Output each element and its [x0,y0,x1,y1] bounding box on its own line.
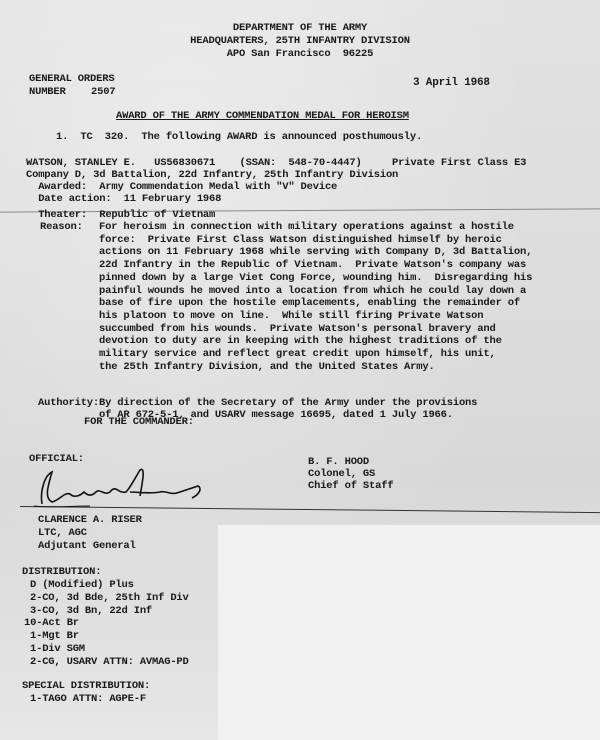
distribution-item: 10-Act Br [24,617,79,630]
reason-line: base of fire upon the hostile emplacemen… [99,297,520,310]
for-the-commander: FOR THE COMMANDER: [84,416,194,429]
date-action-field: Date action: 11 February 1968 [26,193,221,206]
reason-line: force: Private First Class Watson distin… [99,234,502,247]
intro-paragraph: 1. TC 320. The following AWARD is announ… [56,131,422,144]
distribution-item: 2-CG, USARV ATTN: AVMAG-PD [30,656,189,669]
signatory-rank: LTC, AGC [38,527,87,540]
distribution-label: DISTRIBUTION: [22,566,101,579]
reason-line: For heroism in connection with military … [99,221,514,234]
distribution-item: D (Modified) Plus [30,579,134,592]
reason-line: pinned down by a large Viet Cong Force, … [99,272,532,285]
reason-line: painful wounds he moved into a location … [99,285,526,298]
reason-line: 22d Infantry in the Republic of Vietnam.… [99,259,526,272]
signatory-name: CLARENCE A. RISER [38,514,142,527]
general-orders-label: GENERAL ORDERS [29,73,114,86]
reason-line: military service and reflect great credi… [99,348,496,361]
reason-line: devotion to duty are in keeping with the… [99,335,502,348]
reason-line: succumbed from his wounds. Private Watso… [99,323,496,336]
special-distribution-label: SPECIAL DISTRIBUTION: [22,680,150,693]
signatory-title: Adjutant General [38,540,136,553]
blank-area [218,525,600,740]
reason-line: the 25th Infantry Division, and the Unit… [99,361,435,374]
order-number: 2507 [91,86,115,99]
reason-line: actions on 11 February 1968 while servin… [99,246,532,259]
distribution-item: 1-Div SGM [30,643,85,656]
distribution-item: 1-Mgt Br [30,630,79,643]
award-title: AWARD OF THE ARMY COMMENDATION MEDAL FOR… [116,110,409,123]
handwritten-signature [30,462,210,512]
header-headquarters: HEADQUARTERS, 25TH INFANTRY DIVISION [0,35,600,48]
header-apo: APO San Francisco 96225 [0,48,600,61]
reason-line: his platoon to move on line. While still… [99,310,483,323]
order-date: 3 April 1968 [413,77,490,90]
commander-title: Chief of Staff [308,480,393,493]
distribution-item: 3-CO, 3d Bn, 22d Inf [30,605,152,618]
distribution-item: 2-CO, 3d Bde, 25th Inf Div [30,592,189,605]
special-distribution-item: 1-TAGO ATTN: AGPE-F [30,693,146,706]
header-department: DEPARTMENT OF THE ARMY [0,22,600,35]
number-label: NUMBER [29,86,66,99]
reason-label: Reason: [40,221,83,234]
authority-label: Authority: [38,397,99,410]
